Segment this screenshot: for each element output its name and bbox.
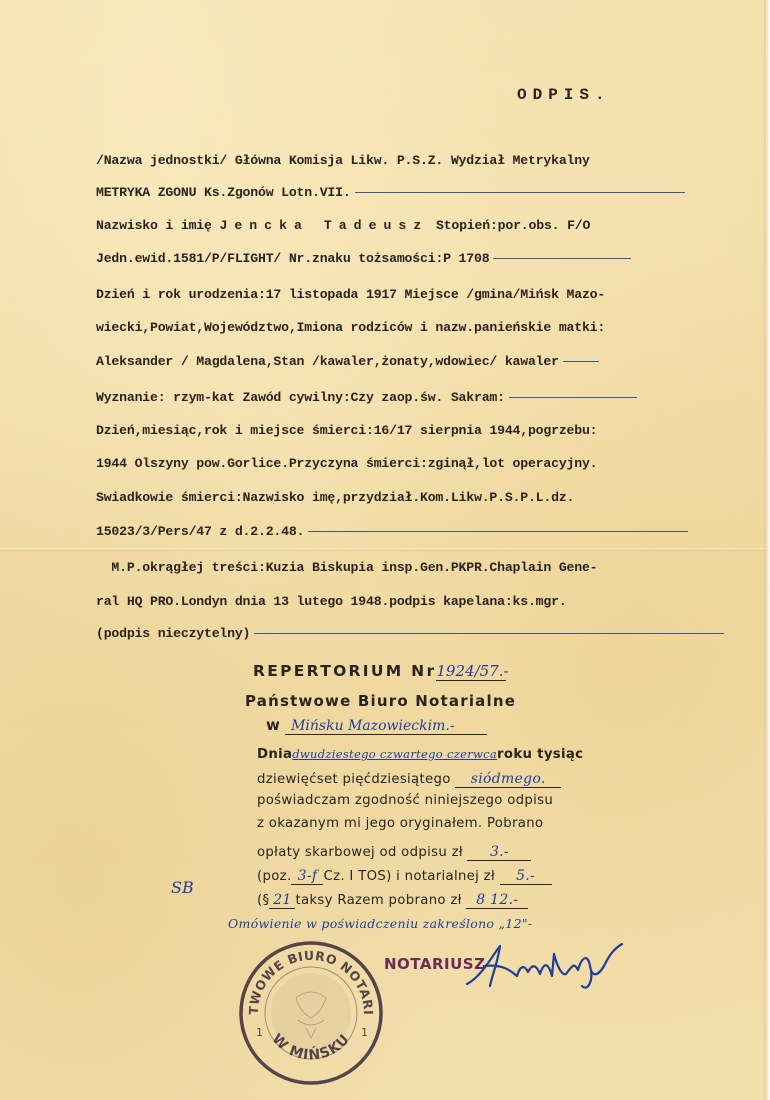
paragraph-value: 21 (273, 892, 291, 908)
blank-rule (308, 531, 688, 532)
typed-line-death-date: Dzień,miesiąc,rok i miejsce śmierci:16/1… (96, 423, 597, 438)
repertorium-number: 1924/57.- (436, 662, 508, 680)
typed-line-burial: 1944 Olszyny pow.Gorlice.Przyczyna śmier… (96, 456, 597, 471)
typed-line-birth: Dzień i rok urodzenia:17 listopada 1917 … (96, 287, 605, 302)
total-value: 8 12.- (476, 892, 518, 908)
notary-line-notarial-fee: (poz.3-fCz. I TOS) i notarialnej zł 5.- (257, 868, 552, 885)
notary-signature (462, 936, 632, 996)
blank-rule (563, 361, 599, 362)
official-round-stamp: PAŃSTWOWE BIURO NOTARIALNE W MIŃSKU 1 1 (236, 938, 386, 1088)
notary-line-year: dziewięćset pięćdziesiątego siódmego. (257, 771, 561, 788)
repertorium-heading: REPERTORIUM Nr1924/57.- (253, 662, 506, 681)
typed-line-record: METRYKA ZGONU Ks.Zgonów Lotn.VII. (96, 185, 685, 200)
typed-line-parents: wiecki,Powiat,Województwo,Imiona rodzicó… (96, 320, 605, 335)
notary-line-date: Dniadwudziestego czwartego czerwcaroku t… (257, 747, 583, 762)
city-handwritten: Mińsku Mazowieckim.- (291, 718, 454, 734)
typed-line-reference: 15023/3/Pers/47 z d.2.2.48. (96, 524, 688, 539)
stamp-number-right: 1 (361, 1026, 368, 1039)
document-page: ODPIS. /Nazwa jednostki/ Główna Komisja … (0, 0, 770, 1100)
typed-line-id: Jedn.ewid.1581/P/FLIGHT/ Nr.znaku tożsam… (96, 251, 631, 266)
notary-line-certify: poświadczam zgodność niniejszego odpisu (257, 793, 553, 808)
typed-line-unit: /Nazwa jednostki/ Główna Komisja Likw. P… (96, 153, 590, 168)
notary-line-total: (§21taksy Razem pobrano zł 8 12.- (257, 892, 528, 909)
handwritten-initials: SB (171, 878, 194, 897)
paper-edge (764, 0, 770, 1100)
notary-office-city: w Mińsku Mazowieckim.- (266, 716, 487, 735)
year-handwritten: siódmego. (471, 771, 546, 787)
typed-line-name: Nazwisko i imię Jencka Tadeusz Stopień:p… (96, 218, 590, 233)
notary-office-name: Państwowe Biuro Notarialne (245, 692, 516, 710)
document-title: ODPIS. (517, 86, 611, 104)
blank-rule (509, 397, 637, 398)
blank-rule (493, 258, 631, 259)
typed-line-witnesses: Swiadkowie śmierci:Nazwisko imę,przydzia… (96, 490, 574, 505)
blank-rule (254, 633, 724, 634)
deceased-name: Jencka Tadeusz (219, 218, 428, 233)
blank-rule (355, 192, 685, 193)
poz-value: 3-f (298, 868, 318, 884)
correction-note: Omówienie w poświadczeniu zakreślono „12… (228, 916, 532, 932)
date-handwritten: dwudziestego czwartego czerwca (292, 747, 497, 761)
typed-line-seal: M.P.okrągłej treści:Kuzia Biskupia insp.… (96, 560, 597, 575)
typed-line-signature-note: (podpis nieczytelny) (96, 626, 724, 641)
notarial-fee-value: 5.- (516, 868, 535, 884)
notary-line-original: z okazanym mi jego oryginałem. Pobrano (257, 816, 543, 831)
typed-line-london: ral HQ PRO.Londyn dnia 13 lutego 1948.po… (96, 594, 567, 609)
typed-line-status: Aleksander / Magdalena,Stan /kawaler,żon… (96, 354, 599, 369)
stamp-fee-value: 3.- (490, 844, 509, 860)
typed-line-religion: Wyznanie: rzym-kat Zawód cywilny:Czy zao… (96, 390, 637, 405)
stamp-number-left: 1 (256, 1026, 263, 1039)
paper-fold (0, 548, 770, 551)
notary-line-stamp-fee: opłaty skarbowej od odpisu zł 3.- (257, 844, 531, 861)
